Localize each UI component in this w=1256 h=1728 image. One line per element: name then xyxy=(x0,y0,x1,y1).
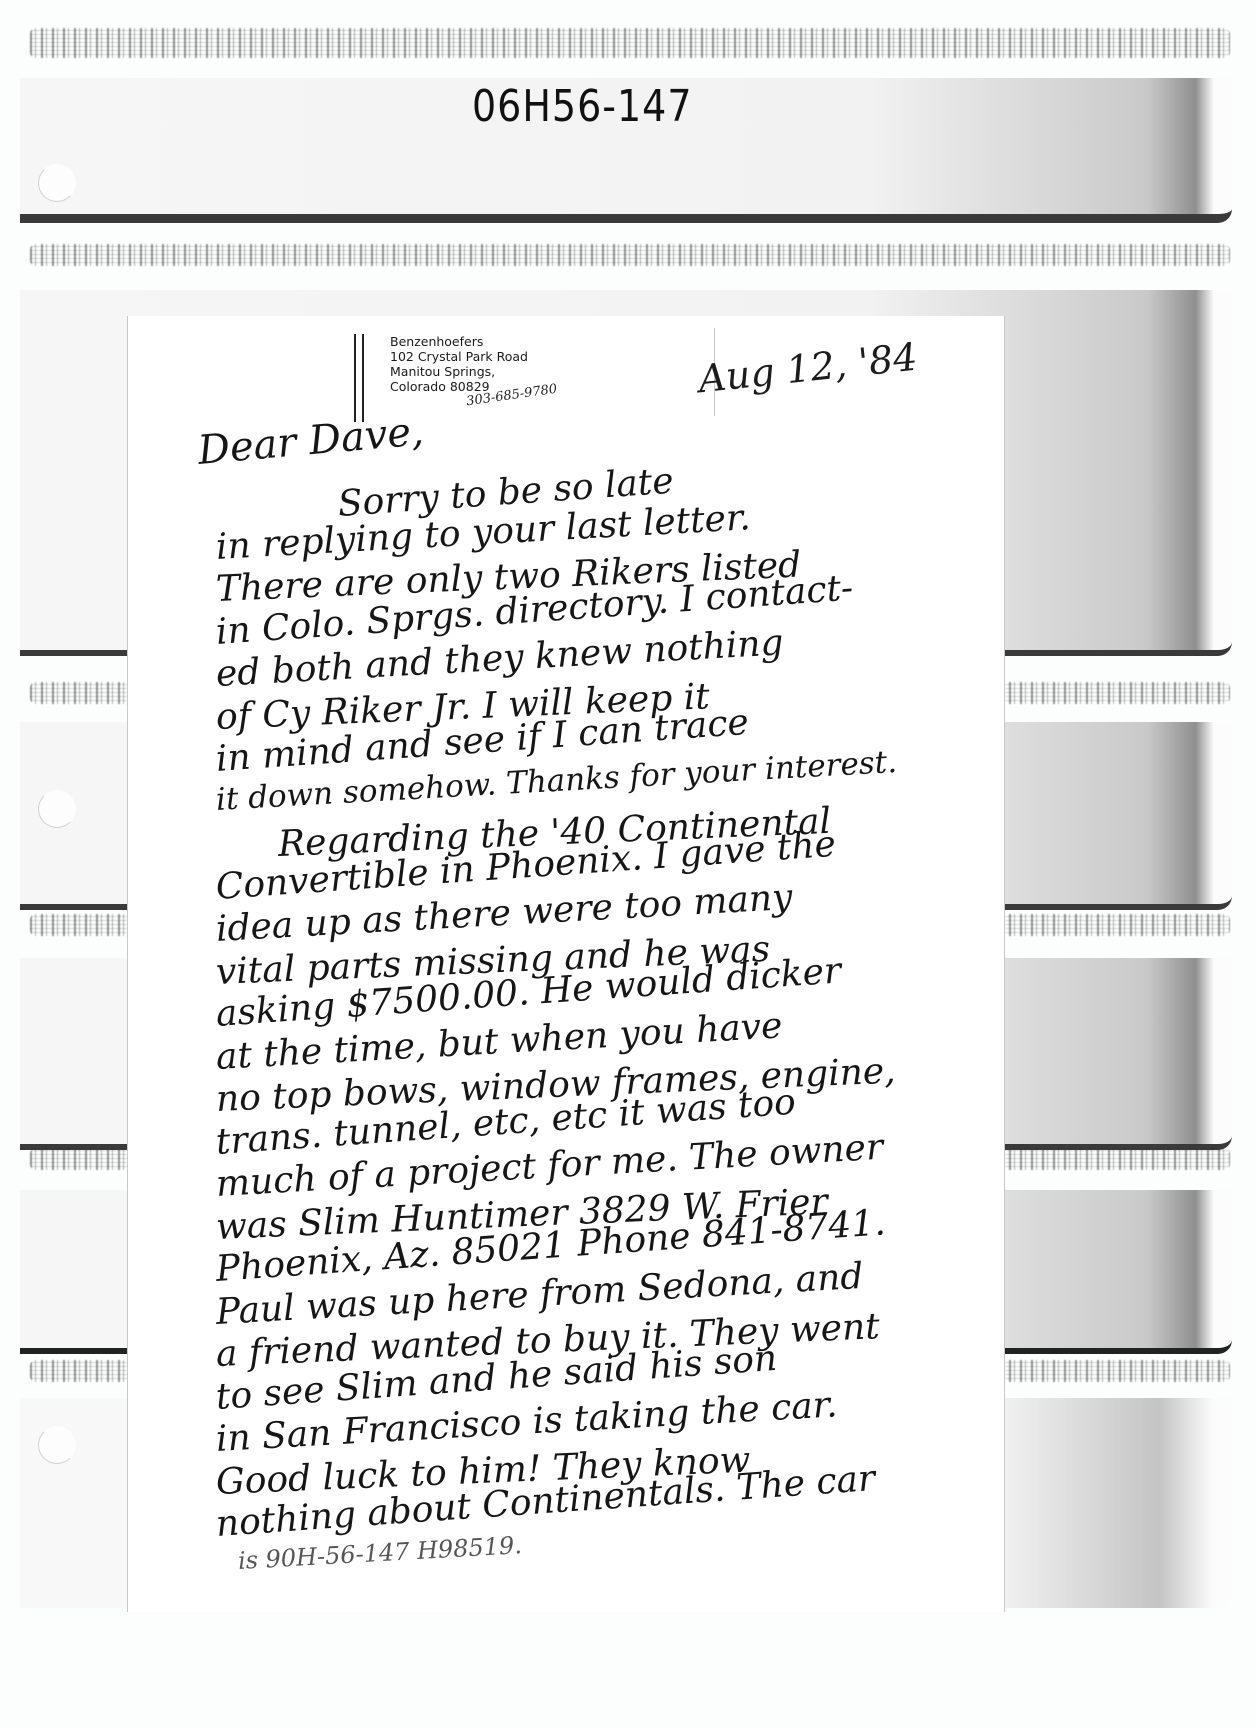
letterhead-line: Manitou Springs, xyxy=(390,364,528,379)
reference-code: 06H56-147 xyxy=(472,81,693,132)
letterhead-address: Benzenhoefers 102 Crystal Park Road Mani… xyxy=(390,334,528,394)
letter-date: Aug 12, '84 xyxy=(696,335,919,402)
letterhead: Benzenhoefers 102 Crystal Park Road Mani… xyxy=(354,328,715,416)
scan-noise-band xyxy=(30,244,1230,266)
scan-noise-band xyxy=(30,28,1230,58)
letterhead-rule xyxy=(362,334,364,422)
punch-hole-icon xyxy=(38,790,76,828)
letterhead-rule xyxy=(354,334,356,422)
handwritten-letter: Benzenhoefers 102 Crystal Park Road Mani… xyxy=(127,316,1005,1612)
letterhead-line: 102 Crystal Park Road xyxy=(390,349,528,364)
punch-hole-icon xyxy=(38,1426,76,1464)
scanned-page: 06H56-147 Benzenhoefers 102 Crystal Park… xyxy=(0,0,1256,1728)
punch-hole-icon xyxy=(38,164,76,202)
letter-greeting: Dear Dave, xyxy=(196,408,425,474)
letterhead-line: Benzenhoefers xyxy=(390,334,528,349)
